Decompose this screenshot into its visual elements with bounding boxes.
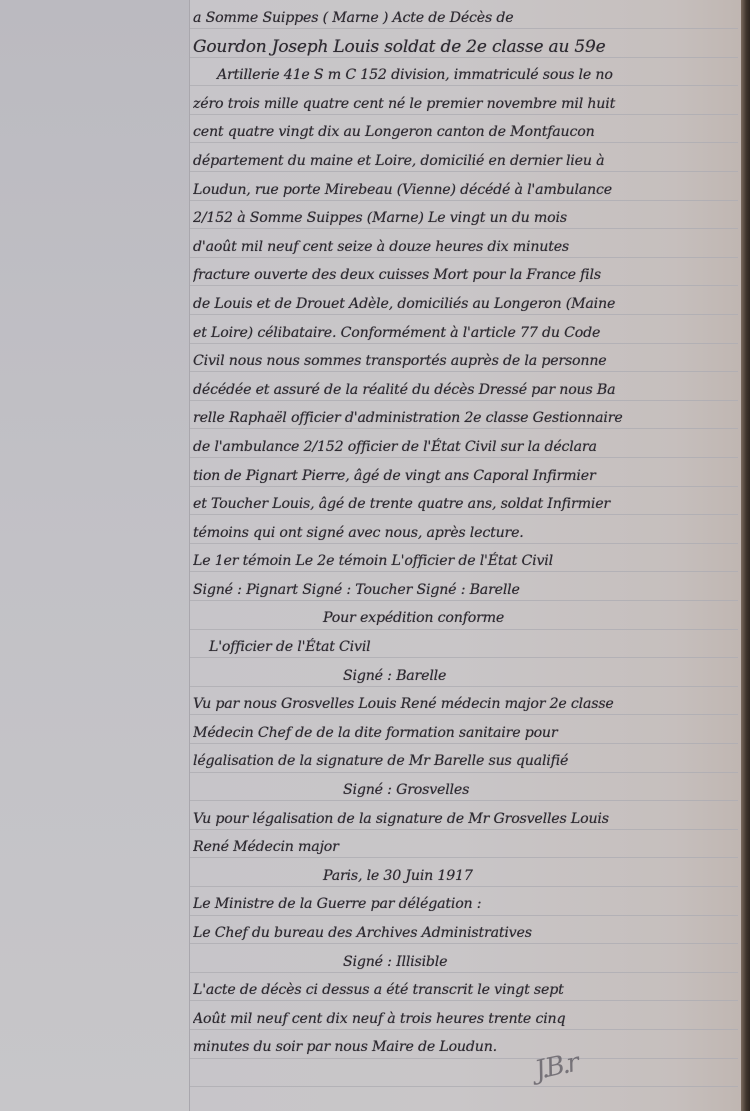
doctor-signature: Signé : Grosvelles (193, 776, 741, 805)
text-line: tion de Pignart Pierre, âgé de vingt ans… (193, 462, 741, 491)
handwritten-death-record: a Somme Suippes ( Marne ) Acte de Décès … (193, 4, 741, 1091)
text-line: Le Chef du bureau des Archives Administr… (193, 919, 741, 948)
text-line: a Somme Suippes ( Marne ) Acte de Décès … (193, 4, 741, 33)
margin-rule-line (189, 0, 190, 1111)
text-line: Le Ministre de la Guerre par délégation … (193, 890, 741, 919)
text-line: cent quatre vingt dix au Longeron canton… (193, 118, 741, 147)
text-line: fracture ouverte des deux cuisses Mort p… (193, 261, 741, 290)
text-line: minutes du soir par nous Maire de Loudun… (193, 1033, 741, 1062)
text-line: L'acte de décès ci dessus a été transcri… (193, 976, 741, 1005)
witness-headings: Le 1er témoin Le 2e témoin L'officier de… (193, 547, 741, 576)
certified-copy-heading: Pour expédition conforme (193, 604, 741, 633)
text-line: zéro trois mille quatre cent né le premi… (193, 90, 741, 119)
text-line: et Loire) célibataire. Conformément à l'… (193, 319, 741, 348)
text-line: Vu pour légalisation de la signature de … (193, 805, 741, 834)
register-page: a Somme Suippes ( Marne ) Acte de Décès … (0, 0, 750, 1111)
witness-signatures: Signé : Pignart Signé : Toucher Signé : … (193, 576, 741, 605)
text-line: Loudun, rue porte Mirebeau (Vienne) décé… (193, 176, 741, 205)
text-line: département du maine et Loire, domicilié… (193, 147, 741, 176)
text-line: 2/152 à Somme Suippes (Marne) Le vingt u… (193, 204, 741, 233)
text-line: Vu par nous Grosvelles Louis René médeci… (193, 690, 741, 719)
text-line: d'août mil neuf cent seize à douze heure… (193, 233, 741, 262)
book-gutter (741, 0, 750, 1111)
deceased-name-line: Gourdon Joseph Louis soldat de 2e classe… (193, 33, 741, 62)
left-margin (0, 0, 190, 1111)
text-line: de Louis et de Drouet Adèle, domiciliés … (193, 290, 741, 319)
text-line: Août mil neuf cent dix neuf à trois heur… (193, 1005, 741, 1034)
officer-title: L'officier de l'État Civil (193, 633, 741, 662)
illegible-signature-line: Signé : Illisible (193, 948, 741, 977)
text-line: Artillerie 41e S m C 152 division, immat… (193, 61, 741, 90)
text-line: témoins qui ont signé avec nous, après l… (193, 519, 741, 548)
place-date-line: Paris, le 30 Juin 1917 (193, 862, 741, 891)
text-line: légalisation de la signature de Mr Barel… (193, 747, 741, 776)
text-line: et Toucher Louis, âgé de trente quatre a… (193, 490, 741, 519)
text-line: relle Raphaël officier d'administration … (193, 404, 741, 433)
text-line: décédée et assuré de la réalité du décès… (193, 376, 741, 405)
officer-signature: Signé : Barelle (193, 662, 741, 691)
text-line (193, 1062, 741, 1091)
text-line: de l'ambulance 2/152 officier de l'État … (193, 433, 741, 462)
text-line: René Médecin major (193, 833, 741, 862)
text-line: Médecin Chef de de la dite formation san… (193, 719, 741, 748)
text-line: Civil nous nous sommes transportés auprè… (193, 347, 741, 376)
